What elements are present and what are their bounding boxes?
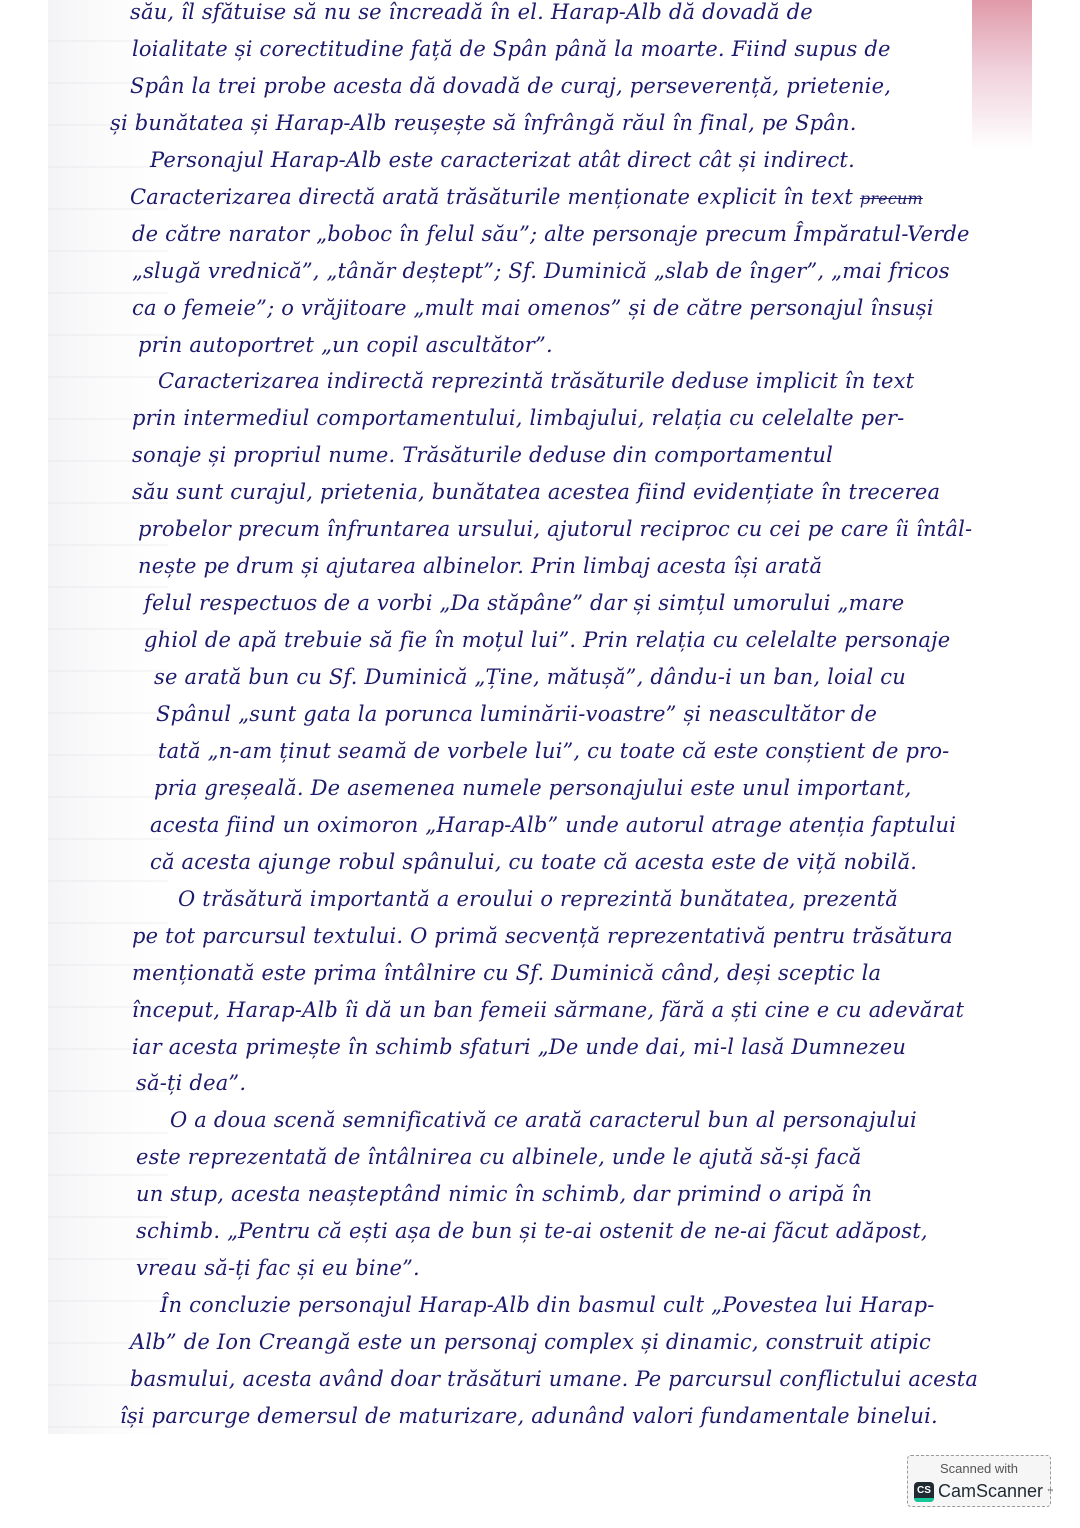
trademark-symbol: ™ [1047,1489,1053,1495]
strikethrough-word: precum [860,189,923,208]
essay-line: schimb. „Pentru că ești așa de bun și te… [136,1219,928,1243]
essay-line: iar acesta primește în schimb sfaturi „D… [132,1035,906,1059]
essay-line: Personajul Harap-Alb este caracterizat a… [150,148,855,172]
essay-line: felul respectuos de a vorbi „Da stăpâne”… [144,591,904,615]
essay-line: și bunătatea și Harap-Alb reușește să în… [110,111,857,135]
essay-line: nește pe drum și ajutarea albinelor. Pri… [138,554,822,578]
essay-line: prin autoportret „un copil ascultător”. [138,333,553,357]
essay-line: început, Harap-Alb îi dă un ban femeii s… [132,998,964,1022]
essay-line: menționată este prima întâlnire cu Sf. D… [132,961,881,985]
essay-line: se arată bun cu Sf. Duminică „Ține, mătu… [154,665,906,689]
essay-line: O trăsătură importantă a eroului o repre… [178,887,898,911]
essay-line: său sunt curajul, prietenia, bunătatea a… [132,480,940,504]
essay-line: său, îl sfătuise să nu se încreadă în el… [130,0,813,24]
essay-line: În concluzie personajul Harap-Alb din ba… [160,1293,935,1317]
essay-line: că acesta ajunge robul spânului, cu toat… [150,850,917,874]
essay-line: ca o femeie”; o vrăjitoare „mult mai ome… [132,296,934,320]
essay-line: pe tot parcursul textului. O primă secve… [132,924,953,948]
essay-line: Spân la trei probe acesta dă dovadă de c… [130,74,891,98]
camscanner-watermark: Scanned with CS CamScanner™ [907,1455,1051,1507]
essay-line: Caracterizarea directă arată trăsăturile… [130,185,923,209]
essay-line: își parcurge demersul de maturizare, adu… [120,1404,938,1428]
essay-line: Caracterizarea indirectă reprezintă trăs… [158,369,914,393]
essay-line: „slugă vrednică”, „tânăr deștept”; Sf. D… [132,259,950,283]
essay-line: să-ți dea”. [136,1071,246,1095]
essay-line: de către narator „boboc în felul său”; a… [132,222,970,246]
essay-line: tată „n-am ținut seamă de vorbele lui”, … [158,739,949,763]
camscanner-logo-icon: CS [914,1482,934,1502]
watermark-caption: Scanned with [908,1461,1050,1476]
paper-stain [972,0,1032,150]
essay-line-text: Caracterizarea directă arată trăsăturile… [130,185,853,209]
essay-line: basmului, acesta având doar trăsături um… [130,1367,978,1391]
watermark-brand-name: CamScanner [938,1481,1043,1502]
essay-line: sonaje și propriul nume. Trăsăturile ded… [132,443,833,467]
essay-line: acesta fiind un oximoron „Harap-Alb” und… [150,813,956,837]
essay-line: este reprezentată de întâlnirea cu albin… [136,1145,861,1169]
essay-line: vreau să-ți fac și eu bine”. [136,1256,420,1280]
essay-line: prin intermediul comportamentului, limba… [132,406,904,430]
essay-line: loialitate și corectitudine față de Spân… [132,37,891,61]
essay-line: O a doua scenă semnificativă ce arată ca… [170,1108,917,1132]
essay-line: probelor precum înfruntarea ursului, aju… [138,517,972,541]
essay-line: un stup, acesta neașteptând nimic în sch… [136,1182,872,1206]
essay-line: pria greșeală. De asemenea numele person… [154,776,912,800]
essay-line: Spânul „sunt gata la porunca luminării-v… [156,702,877,726]
essay-line: Alb” de Ion Creangă este un personaj com… [130,1330,931,1354]
essay-line: ghiol de apă trebuie să fie în moțul lui… [144,628,950,652]
watermark-brand-row: CS CamScanner™ [914,1481,1053,1502]
